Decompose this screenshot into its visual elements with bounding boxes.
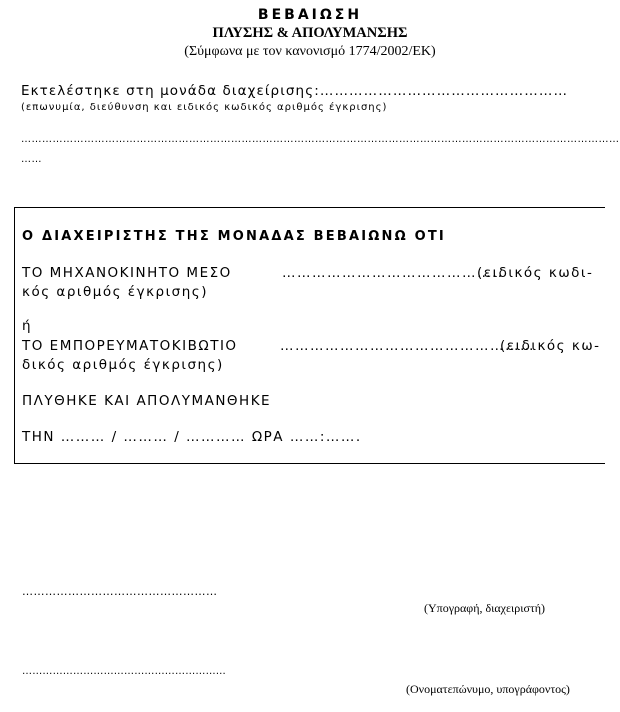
vehicle-code-field[interactable]: ……………………………………..	[282, 265, 504, 281]
disinfected-statement: ΠΛΥΘΗΚΕ ΚΑΙ ΑΠΟΛΥΜΑΝΘΗΚΕ	[22, 393, 271, 409]
date-time-field[interactable]: ΤΗΝ ……… / ……… / ………… ΩΡΑ ……:…….	[22, 429, 362, 445]
facility-field-hint: (επωνυμία, διεύθυνση και ειδικός κωδικός…	[21, 102, 387, 113]
manager-signature-label: (Υπογραφή, διαχειριστή)	[424, 601, 545, 616]
container-code-field[interactable]: ……………………………………………	[280, 338, 535, 354]
regulation-reference: (Σύμφωνα με τον κανονισμό 1774/2002/ΕΚ)	[0, 44, 620, 60]
facility-fill-line-continuation[interactable]: ……	[21, 154, 42, 165]
container-code-hint-continuation: δικός αριθμός έγκρισης)	[22, 357, 224, 373]
document-title: ΒΕΒΑΙΩΣΗ	[0, 7, 620, 23]
certification-heading: Ο ΔΙΑΧΕΙΡΙΣΤΗΣ ΤΗΣ ΜΟΝΑΔΑΣ ΒΕΒΑΙΩΝΩ ΟΤΙ	[22, 229, 446, 244]
or-separator: ή	[22, 318, 32, 334]
container-label: ΤΟ ΕΜΠΟΡΕΥΜΑΤΟΚΙΒΩΤΙΟ	[22, 338, 238, 354]
certification-box	[14, 207, 605, 464]
vehicle-label: ΤΟ ΜΗΧΑΝΟΚΙΝΗΤΟ ΜΕΣΟ	[22, 265, 232, 281]
manager-signature-line[interactable]: ……………………………………………	[22, 585, 218, 598]
vehicle-code-hint: (ειδικός κωδι-	[477, 265, 593, 281]
container-code-hint: (ειδικός κω-	[500, 338, 601, 354]
facility-field-label[interactable]: Εκτελέστηκε στη μονάδα διαχείρισης:………………	[21, 83, 568, 99]
signer-name-label: (Ονοματεπώνυμο, υπογράφοντος)	[406, 682, 570, 697]
signer-name-line[interactable]: ……………………………………………………	[22, 666, 226, 677]
facility-fill-line[interactable]: ……………………………………………………………………………………………………………	[21, 134, 620, 145]
vehicle-code-hint-continuation: κός αριθμός έγκρισης)	[22, 284, 208, 300]
document-subtitle: ΠΛΥΣΗΣ & ΑΠΟΛΥΜΑΝΣΗΣ	[0, 25, 620, 42]
